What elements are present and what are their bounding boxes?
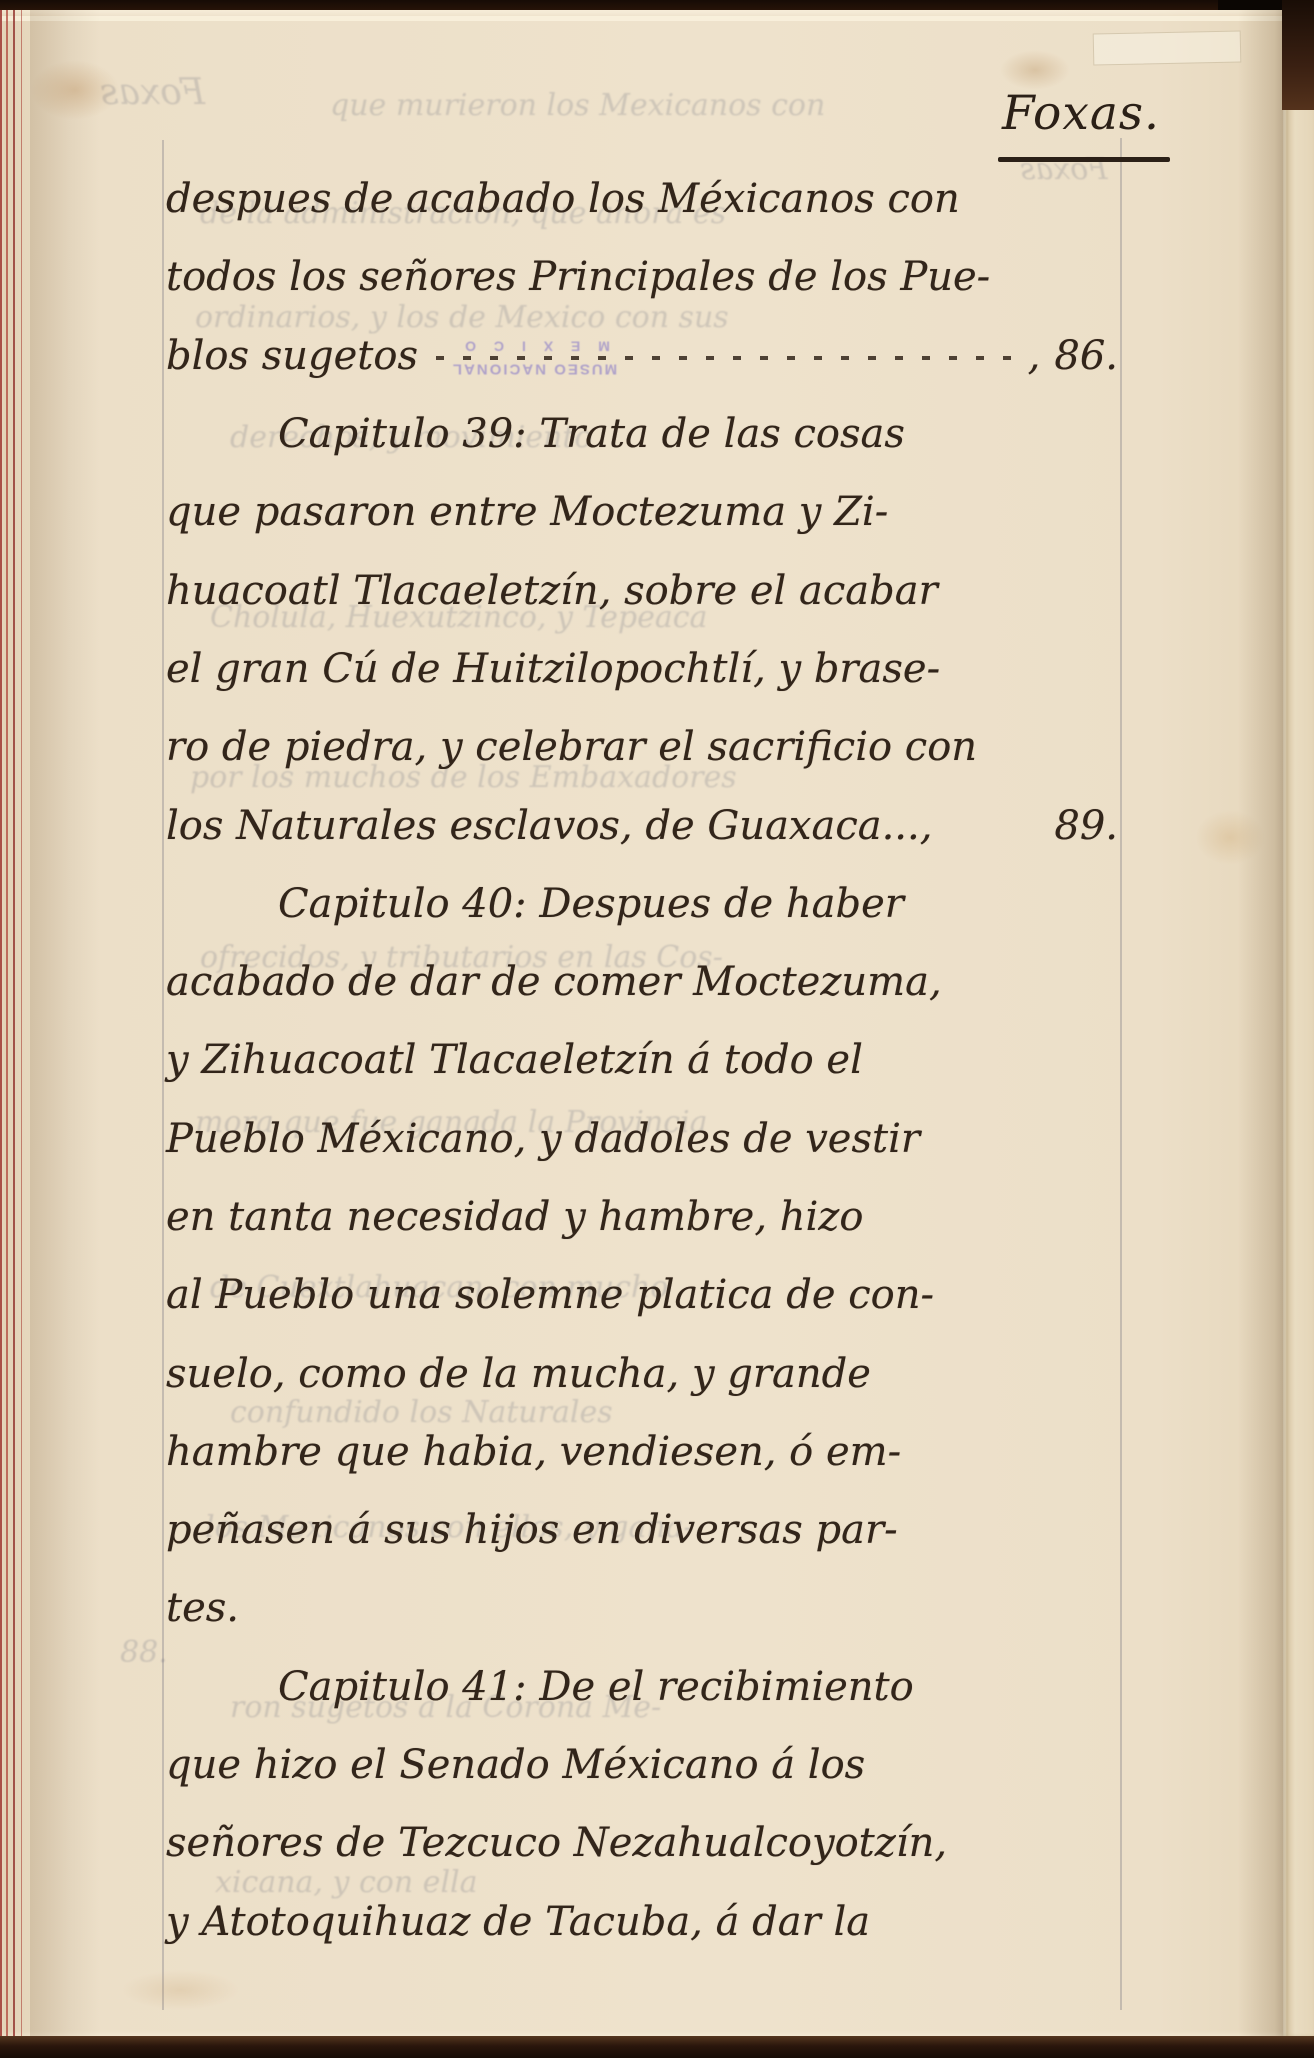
red-fore-edge (0, 10, 34, 2038)
text-line: en tanta necesidad y hambre, hizo (166, 1178, 1118, 1256)
folio-column-header: Foxas. (1002, 86, 1160, 141)
text-line: que pasaron entre Moctezuma y Zi- (166, 473, 1118, 551)
text-line: Capitulo 40: Despues de haber (166, 865, 1118, 943)
page-curl-shade (1238, 10, 1284, 2038)
paper-stain (1000, 50, 1070, 90)
dotted-leader (436, 343, 1014, 369)
line-text: y Atotoquihuaz de Tacuba, á dar la (166, 1899, 870, 1945)
line-text: todos los señores Principales de los Pue… (166, 254, 990, 300)
line-text: el gran Cú de Huitzilopochtlí, y brase- (166, 646, 940, 692)
paper-stain (120, 1970, 240, 2010)
text-line: ro de piedra, y celebrar el sacrificio c… (166, 708, 1118, 786)
line-text: Pueblo Méxicano, y dadoles de vestir (166, 1116, 920, 1162)
line-text: despues de acabado los Méxicanos con (166, 176, 960, 222)
text-line: Capitulo 41: De el recibimiento (166, 1648, 1118, 1726)
book-cover-bottom (0, 2036, 1314, 2058)
leader-comma: , (1028, 333, 1041, 379)
ghost-text: Foxas (100, 72, 205, 113)
text-line: el gran Cú de Huitzilopochtlí, y brase- (166, 630, 1118, 708)
text-line: tes. (166, 1569, 1118, 1647)
text-line: hambre que habia, vendiesen, ó em- (166, 1413, 1118, 1491)
ghost-text: 88. (120, 1635, 168, 1670)
line-text: Capitulo 40: Despues de haber (278, 881, 904, 927)
text-line: Capitulo 39: Trata de las cosas (166, 395, 1118, 473)
text-line: y Zihuacoatl Tlacaeletzín á todo el (166, 1021, 1118, 1099)
text-line: los Naturales esclavos, de Guaxaca...,89… (166, 786, 1118, 864)
line-text: blos sugetos (166, 333, 418, 379)
margin-rule-right (1120, 138, 1122, 2010)
line-text: hambre que habia, vendiesen, ó em- (166, 1429, 901, 1475)
line-text: Capitulo 41: De el recibimiento (278, 1664, 914, 1710)
line-text: y Zihuacoatl Tlacaeletzín á todo el (166, 1037, 863, 1083)
line-text: huacoatl Tlacaeletzín, sobre el acabar (166, 568, 938, 614)
manuscript-page: FoxasFoxasque murieron los Mexicanos con… (0, 10, 1314, 2038)
line-text: señores de Tezcuco Nezahualcoyotzín, (166, 1820, 947, 1866)
line-text: acabado de dar de comer Moctezuma, (166, 959, 942, 1005)
text-line: blos sugetos,86. (166, 317, 1118, 395)
line-text: al Pueblo una solemne platica de con- (166, 1272, 934, 1318)
text-line: acabado de dar de comer Moctezuma, (166, 943, 1118, 1021)
text-line: señores de Tezcuco Nezahualcoyotzín, (166, 1804, 1118, 1882)
line-text: tes. (166, 1585, 239, 1631)
text-line: que hizo el Senado Méxicano á los (166, 1726, 1118, 1804)
line-text: que hizo el Senado Méxicano á los (166, 1742, 865, 1788)
gutter-shade (30, 10, 100, 2038)
line-text: peñasen á sus hijos en diversas par- (166, 1507, 898, 1553)
ghost-text: que murieron los Mexicanos con (330, 88, 825, 123)
page-top-edge (0, 16, 1290, 21)
line-text: los Naturales esclavos, de Guaxaca..., (166, 803, 932, 849)
line-text: en tanta necesidad y hambre, hizo (166, 1194, 863, 1240)
text-line: todos los señores Principales de los Pue… (166, 238, 1118, 316)
folio-number: 86. (1054, 333, 1118, 379)
text-line: suelo, como de la mucha, y grande (166, 1334, 1118, 1412)
text-line: despues de acabado los Méxicanos con (166, 160, 1118, 238)
line-text: que pasaron entre Moctezuma y Zi- (166, 489, 888, 535)
margin-rule-left (162, 140, 164, 2010)
manuscript-text: despues de acabado los Méxicanos contodo… (166, 160, 1118, 1961)
tape-repair (1093, 30, 1242, 65)
line-text: suelo, como de la mucha, y grande (166, 1351, 871, 1397)
text-line: Pueblo Méxicano, y dadoles de vestir (166, 1100, 1118, 1178)
text-line: al Pueblo una solemne platica de con- (166, 1256, 1118, 1334)
line-text: ro de piedra, y celebrar el sacrificio c… (166, 724, 977, 770)
book-cover-top-right (1282, 0, 1314, 110)
text-line: peñasen á sus hijos en diversas par- (166, 1491, 1118, 1569)
folio-number: 89. (1054, 803, 1118, 849)
text-line: y Atotoquihuaz de Tacuba, á dar la (166, 1883, 1118, 1961)
line-text: Capitulo 39: Trata de las cosas (278, 411, 905, 457)
text-line: huacoatl Tlacaeletzín, sobre el acabar (166, 551, 1118, 629)
manuscript-photo: FoxasFoxasque murieron los Mexicanos con… (0, 0, 1314, 2058)
next-page-edge (1283, 10, 1314, 2038)
